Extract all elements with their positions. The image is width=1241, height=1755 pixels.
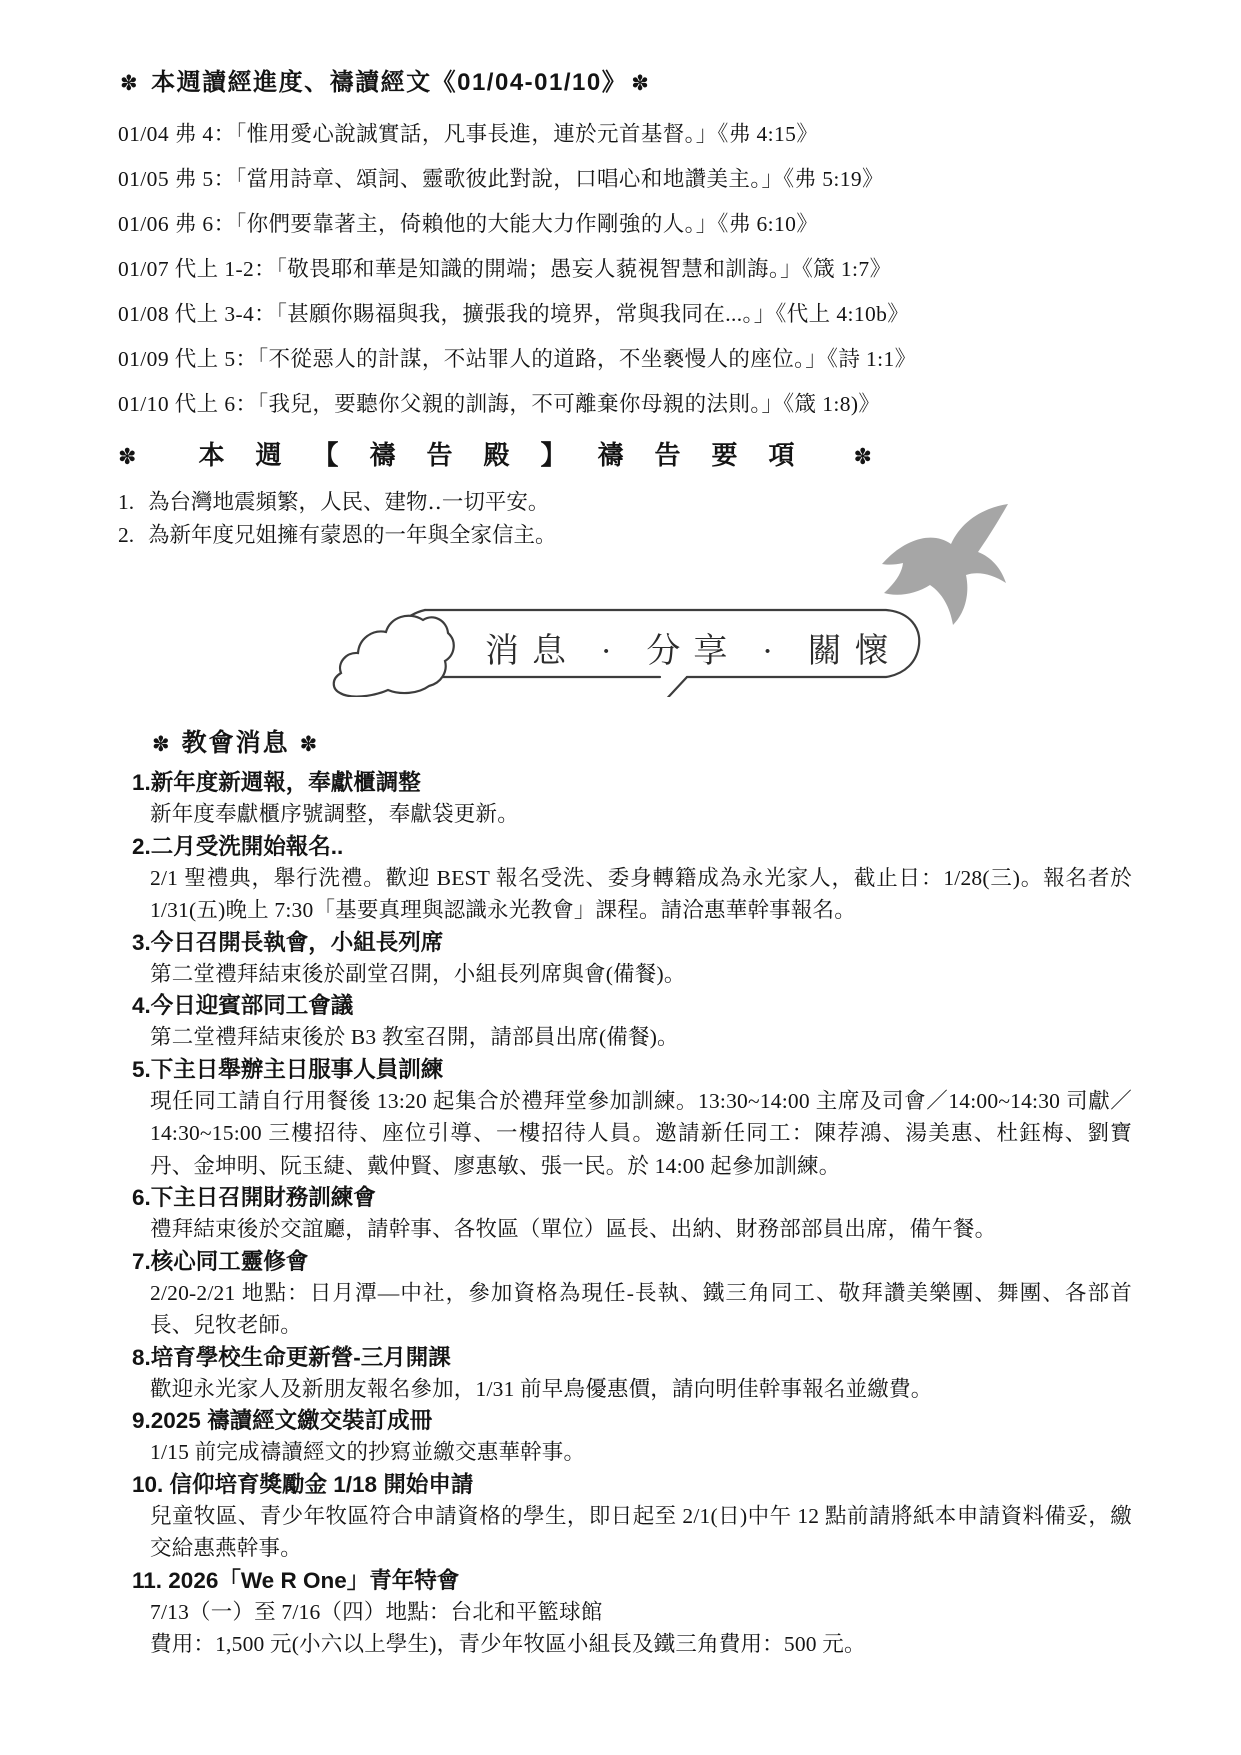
prayer-section-title-text: 本週【禱告殿】禱告要項	[198, 440, 825, 470]
news-item-detail: 費用：1,500 元(小六以上學生)，青少年牧區小組長及鐵三角費用：500 元。	[150, 1628, 1132, 1661]
news-item: 5.下主日舉辦主日服事人員訓練 現任同工請自行用餐後 13:20 起集合於禮拜堂…	[132, 1054, 1132, 1183]
news-item-detail: 1/15 前完成禱讀經文的抄寫並繳交惠華幹事。	[150, 1436, 1132, 1469]
news-item-number: 2.	[132, 834, 151, 859]
news-item-detail: 新年度奉獻櫃序號調整，奉獻袋更新。	[150, 798, 1132, 831]
news-item: 7.核心同工靈修會 2/20-2/21 地點：日月潭—中社，參加資格為現任-長執…	[132, 1246, 1132, 1342]
news-item-number: 11.	[132, 1568, 168, 1593]
reading-line: 01/04 弗 4：「惟用愛心說誠實話，凡事長進，連於元首基督。」《弗 4:15…	[118, 119, 1141, 149]
news-item-heading: 4.今日迎賓部同工會議	[132, 990, 1132, 1021]
reading-line: 01/07 代上 1-2：「敬畏耶和華是知識的開端；愚妄人藐視智慧和訓誨。」《箴…	[118, 254, 1141, 284]
prayer-item-number: 2.	[118, 519, 148, 552]
news-item-number: 5.	[132, 1057, 151, 1082]
news-item-number: 7.	[132, 1249, 151, 1274]
news-item-title: 2026「We R One」青年特會	[168, 1568, 459, 1593]
news-item-detail: 第二堂禮拜結束後於 B3 教室召開，請部員出席(備餐)。	[150, 1021, 1132, 1054]
news-item-heading: 11. 2026「We R One」青年特會	[132, 1565, 1132, 1596]
news-item-detail: 第二堂禮拜結束後於副堂召開，小組長列席與會(備餐)。	[150, 958, 1132, 991]
news-item-number: 8.	[132, 1345, 151, 1370]
news-item-heading: 7.核心同工靈修會	[132, 1246, 1132, 1277]
flower-icon: ✽	[120, 72, 139, 95]
reading-section-title-text: 本週讀經進度、禱讀經文《01/04-01/10》	[151, 69, 627, 96]
news-list: 1.新年度新週報，奉獻櫃調整 新年度奉獻櫃序號調整，奉獻袋更新。 2.二月受洗開…	[132, 767, 1132, 1661]
flower-icon: ✽	[853, 444, 871, 469]
news-section-title: ✽教會消息✽	[152, 723, 1141, 759]
banner-text: 消息 · 分享 · 關懷	[485, 632, 902, 670]
news-item-title: 新年度新週報，奉獻櫃調整	[151, 770, 421, 795]
news-item-title: 今日召開長執會，小組長列席	[151, 930, 444, 955]
reading-line: 01/08 代上 3-4：「甚願你賜福與我，擴張我的境界，常與我同在...。」《…	[118, 299, 1141, 329]
reading-section-title: ✽本週讀經進度、禱讀經文《01/04-01/10》✽	[120, 62, 1141, 97]
news-item-number: 3.	[132, 930, 151, 955]
news-item-heading: 5.下主日舉辦主日服事人員訓練	[132, 1054, 1132, 1085]
news-item: 3.今日召開長執會，小組長列席 第二堂禮拜結束後於副堂召開，小組長列席與會(備餐…	[132, 927, 1132, 991]
news-item-detail: 歡迎永光家人及新朋友報名參加，1/31 前早鳥優惠價，請向明佳幹事報名並繳費。	[150, 1373, 1132, 1406]
news-item-number: 4.	[132, 993, 151, 1018]
news-item-heading: 3.今日召開長執會，小組長列席	[132, 927, 1132, 958]
reading-line: 01/10 代上 6：「我兒，要聽你父親的訓誨，不可離棄你母親的法則。」《箴 1…	[118, 389, 1141, 419]
cloud-icon	[334, 616, 454, 697]
reading-line: 01/06 弗 6：「你們要靠著主，倚賴他的大能大力作剛強的人。」《弗 6:10…	[118, 209, 1141, 239]
prayer-item-number: 1.	[118, 486, 148, 519]
news-item-title: 下主日召開財務訓練會	[151, 1185, 376, 1210]
reading-line: 01/09 代上 5：「不從惡人的計謀，不站罪人的道路，不坐褻慢人的座位。」《詩…	[118, 344, 1141, 374]
news-item-heading: 6.下主日召開財務訓練會	[132, 1182, 1132, 1213]
news-item-heading: 1.新年度新週報，奉獻櫃調整	[132, 767, 1132, 798]
news-item-number: 9.	[132, 1408, 151, 1433]
news-item-heading: 10. 信仰培育獎勵金 1/18 開始申請	[132, 1469, 1132, 1500]
news-item-detail: 兒童牧區、青少年牧區符合申請資格的學生，即日起至 2/1(日)中午 12 點前請…	[150, 1500, 1132, 1565]
prayer-section-title: ✽本週【禱告殿】禱告要項✽	[118, 435, 1141, 472]
news-item-detail: 7/13（一）至 7/16（四）地點：台北和平籃球館	[150, 1596, 1132, 1629]
news-item: 11. 2026「We R One」青年特會 7/13（一）至 7/16（四）地…	[132, 1565, 1132, 1661]
news-item-heading: 8.培育學校生命更新營-三月開課	[132, 1342, 1132, 1373]
news-item-title: 2025 禱讀經文繳交裝訂成冊	[151, 1408, 432, 1433]
news-item-detail: 2/20-2/21 地點：日月潭—中社，參加資格為現任-長執、鐵三角同工、敬拜讚…	[150, 1277, 1132, 1342]
news-item-heading: 2.二月受洗開始報名..	[132, 831, 1132, 862]
news-item: 2.二月受洗開始報名.. 2/1 聖禮典，舉行洗禮。歡迎 BEST 報名受洗、委…	[132, 831, 1132, 927]
bulletin-page: ✽本週讀經進度、禱讀經文《01/04-01/10》✽ 01/04 弗 4：「惟用…	[0, 0, 1241, 1661]
news-item: 6.下主日召開財務訓練會 禮拜結束後於交誼廳，請幹事、各牧區（單位）區長、出納、…	[132, 1182, 1132, 1246]
news-item-number: 10.	[132, 1472, 170, 1497]
news-item-title: 核心同工靈修會	[151, 1249, 309, 1274]
news-item: 9.2025 禱讀經文繳交裝訂成冊 1/15 前完成禱讀經文的抄寫並繳交惠華幹事…	[132, 1405, 1132, 1469]
flower-icon: ✽	[631, 72, 650, 95]
flower-icon: ✽	[300, 733, 320, 756]
news-item-title: 培育學校生命更新營-三月開課	[151, 1345, 451, 1370]
news-item: 10. 信仰培育獎勵金 1/18 開始申請 兒童牧區、青少年牧區符合申請資格的學…	[132, 1469, 1132, 1565]
reading-list: 01/04 弗 4：「惟用愛心說誠實話，凡事長進，連於元首基督。」《弗 4:15…	[118, 119, 1141, 419]
news-item-title: 二月受洗開始報名..	[151, 834, 344, 859]
news-banner: 消息 · 分享 · 關懷	[330, 502, 1030, 697]
news-banner-graphic: 消息 · 分享 · 關懷	[330, 502, 1030, 697]
news-item-title: 信仰培育獎勵金 1/18 開始申請	[170, 1472, 474, 1497]
news-item: 4.今日迎賓部同工會議 第二堂禮拜結束後於 B3 教室召開，請部員出席(備餐)。	[132, 990, 1132, 1054]
news-item-detail: 禮拜結束後於交誼廳，請幹事、各牧區（單位）區長、出納、財務部部員出席，備午餐。	[150, 1213, 1132, 1246]
news-item-title: 今日迎賓部同工會議	[151, 993, 354, 1018]
news-item-heading: 9.2025 禱讀經文繳交裝訂成冊	[132, 1405, 1132, 1436]
news-item: 1.新年度新週報，奉獻櫃調整 新年度奉獻櫃序號調整，奉獻袋更新。	[132, 767, 1132, 831]
news-item-detail: 2/1 聖禮典，舉行洗禮。歡迎 BEST 報名受洗、委身轉籍成為永光家人，截止日…	[150, 862, 1132, 927]
news-section-title-text: 教會消息	[182, 729, 290, 757]
news-item: 8.培育學校生命更新營-三月開課 歡迎永光家人及新朋友報名參加，1/31 前早鳥…	[132, 1342, 1132, 1406]
news-item-number: 6.	[132, 1185, 151, 1210]
flower-icon: ✽	[152, 733, 172, 756]
reading-line: 01/05 弗 5：「當用詩章、頌詞、靈歌彼此對說，口唱心和地讚美主。」《弗 5…	[118, 164, 1141, 194]
news-item-title: 下主日舉辦主日服事人員訓練	[151, 1057, 444, 1082]
news-item-number: 1.	[132, 770, 151, 795]
news-item-detail: 現任同工請自行用餐後 13:20 起集合於禮拜堂參加訓練。13:30~14:00…	[150, 1085, 1132, 1183]
flower-icon: ✽	[118, 444, 136, 469]
flying-bird-silhouette-icon	[882, 504, 1008, 625]
